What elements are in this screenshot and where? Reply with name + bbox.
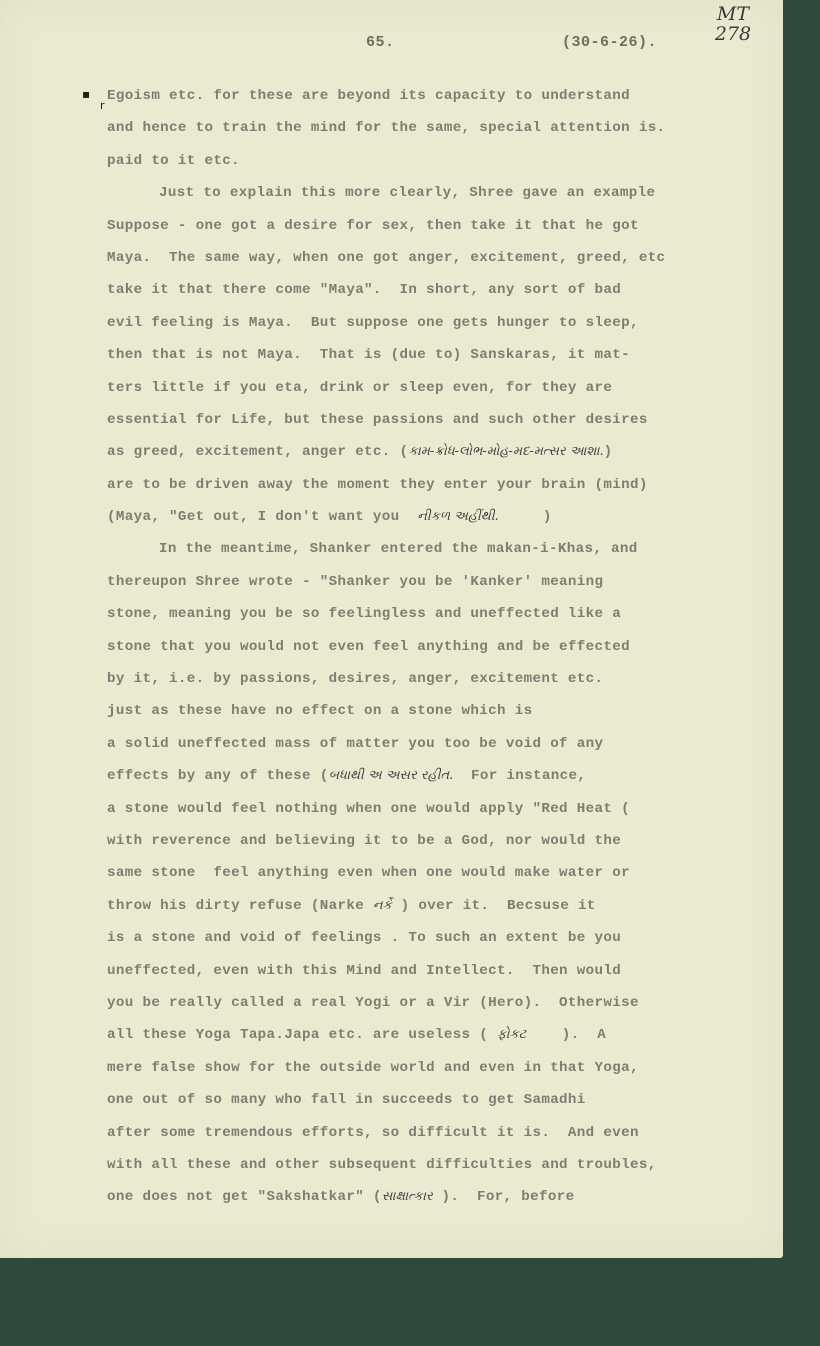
typed-text: one out of so many who fall in succeeds … [107,1092,586,1108]
typed-text: a solid uneffected mass of matter you to… [107,736,603,752]
text-line: ters little if you eta, drink or sleep e… [107,372,787,404]
text-line: take it that there come "Maya". In short… [107,274,787,306]
text-line: Suppose - one got a desire for sex, then… [107,210,787,242]
text-line: effects by any of these (બધાથી અ અસર રહી… [107,760,787,792]
archive-mark-number: 278 [708,24,758,44]
typed-text: after some tremendous efforts, so diffic… [107,1125,639,1141]
text-line: Maya. The same way, when one got anger, … [107,242,787,274]
typed-text: is a stone and void of feelings . To suc… [107,930,621,946]
typed-text: throw his dirty refuse (Narke [107,898,373,914]
typed-text: Maya. The same way, when one got anger, … [107,250,665,266]
handwritten-gujarati-annotation: નીકળ અહીંથી. [417,509,498,524]
text-line: with reverence and believing it to be a … [107,825,787,857]
typed-text: (Maya, "Get out, I don't want you [107,509,417,525]
typed-text-continuation: ) over it. Becsuse it [392,898,596,914]
text-line: Egoism etc. for these are beyond its cap… [107,80,787,112]
typed-text-continuation: ) [499,509,552,525]
text-line: after some tremendous efforts, so diffic… [107,1117,787,1149]
document-body: Egoism etc. for these are beyond its cap… [107,80,787,1214]
typed-text-continuation: ) [604,444,613,460]
text-line: are to be driven away the moment they en… [107,469,787,501]
document-date: (30-6-26). [562,34,657,51]
text-line: one out of so many who fall in succeeds … [107,1084,787,1116]
text-line: thereupon Shree wrote - "Shanker you be … [107,566,787,598]
typed-text: uneffected, even with this Mind and Inte… [107,963,621,979]
typed-text: with reverence and believing it to be a … [107,833,621,849]
text-line: Just to explain this more clearly, Shree… [107,177,787,209]
text-line: evil feeling is Maya. But suppose one ge… [107,307,787,339]
typed-text: thereupon Shree wrote - "Shanker you be … [107,574,603,590]
text-line: with all these and other subsequent diff… [107,1149,787,1181]
typed-text: same stone feel anything even when one w… [107,865,630,881]
text-line: is a stone and void of feelings . To suc… [107,922,787,954]
typed-text-continuation: ). A [526,1027,606,1043]
typed-text: just as these have no effect on a stone … [107,703,532,719]
handwritten-gujarati-annotation: બધાથી અ અસર રહીત. [329,768,454,783]
typed-text: stone, meaning you be so feelingless and… [107,606,621,622]
typed-text: all these Yoga Tapa.Japa etc. are useles… [107,1027,497,1043]
typed-text: Suppose - one got a desire for sex, then… [107,218,639,234]
typed-text: stone that you would not even feel anyth… [107,639,630,655]
margin-mark-tick: r [100,99,105,112]
typed-text: a stone would feel nothing when one woul… [107,801,630,817]
typed-text: Just to explain this more clearly, Shree… [159,185,655,201]
typed-document-page: ▪ r 65. (30-6-26). MT 278 Egoism etc. fo… [0,0,783,1258]
text-line: mere false show for the outside world an… [107,1052,787,1084]
text-line: then that is not Maya. That is (due to) … [107,339,787,371]
text-line: and hence to train the mind for the same… [107,112,787,144]
typed-text-continuation: For instance, [453,768,586,784]
typed-text: evil feeling is Maya. But suppose one ge… [107,315,639,331]
text-line: uneffected, even with this Mind and Inte… [107,955,787,987]
text-line: throw his dirty refuse (Narke નર્કે ) ov… [107,890,787,922]
typed-text: by it, i.e. by passions, desires, anger,… [107,671,603,687]
typed-text: mere false show for the outside world an… [107,1060,639,1076]
text-line: (Maya, "Get out, I don't want you નીકળ અ… [107,501,787,533]
margin-mark-square: ▪ [82,87,90,101]
text-line: same stone feel anything even when one w… [107,857,787,889]
handwritten-gujarati-annotation: નર્કે [373,898,392,913]
text-line: paid to it etc. [107,145,787,177]
text-line: by it, i.e. by passions, desires, anger,… [107,663,787,695]
archive-mark-code: MT [708,4,758,24]
text-line: as greed, excitement, anger etc. (કામ-ક્… [107,436,787,468]
typed-text: then that is not Maya. That is (due to) … [107,347,630,363]
text-line: a stone would feel nothing when one woul… [107,793,787,825]
text-line: In the meantime, Shanker entered the mak… [107,533,787,565]
text-line: one does not get "Sakshatkar" (સાક્ષાત્ક… [107,1181,787,1213]
text-line: all these Yoga Tapa.Japa etc. are useles… [107,1019,787,1051]
typed-text: are to be driven away the moment they en… [107,477,648,493]
text-line: just as these have no effect on a stone … [107,695,787,727]
text-line: a solid uneffected mass of matter you to… [107,728,787,760]
text-line: stone that you would not even feel anyth… [107,631,787,663]
typed-text: as greed, excitement, anger etc. ( [107,444,408,460]
typed-text: ters little if you eta, drink or sleep e… [107,380,612,396]
handwritten-gujarati-annotation: સાક્ષાત્કાર [382,1189,433,1204]
text-line: essential for Life, but these passions a… [107,404,787,436]
typed-text: In the meantime, Shanker entered the mak… [159,541,638,557]
typed-text: essential for Life, but these passions a… [107,412,648,428]
handwritten-gujarati-annotation: કામ-ક્રોધ-લોભ-મોહ-મદ-મત્સર આશા. [408,444,603,459]
typed-text: paid to it etc. [107,153,240,169]
typed-text: you be really called a real Yogi or a Vi… [107,995,639,1011]
typed-text: take it that there come "Maya". In short… [107,282,621,298]
text-line: you be really called a real Yogi or a Vi… [107,987,787,1019]
text-line: stone, meaning you be so feelingless and… [107,598,787,630]
page-number: 65. [366,34,395,51]
typed-text: one does not get "Sakshatkar" ( [107,1189,382,1205]
handwritten-gujarati-annotation: ફોકટ [497,1027,526,1042]
typed-text: with all these and other subsequent diff… [107,1157,657,1173]
typed-text: Egoism etc. for these are beyond its cap… [107,88,630,104]
archive-mark: MT 278 [708,4,758,44]
typed-text: and hence to train the mind for the same… [107,120,665,136]
typed-text-continuation: ). For, before [433,1189,575,1205]
typed-text: effects by any of these ( [107,768,329,784]
